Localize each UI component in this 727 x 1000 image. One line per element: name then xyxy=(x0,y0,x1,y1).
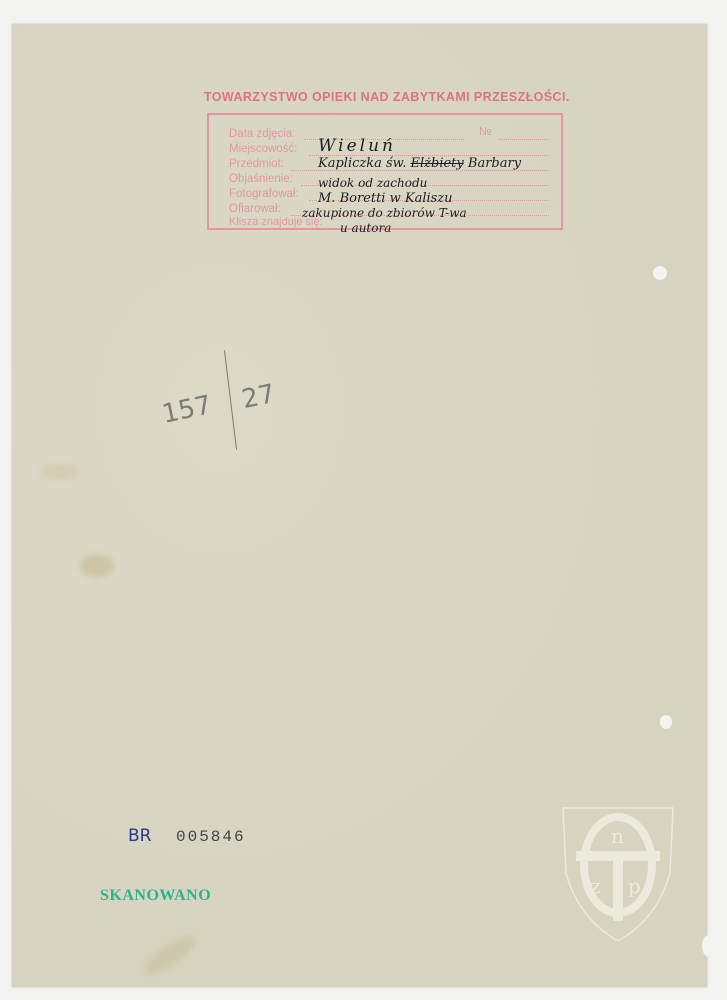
punch-hole xyxy=(653,266,667,280)
inventory-number: 005846 xyxy=(176,828,246,846)
handwritten-negative: u autora xyxy=(340,221,391,235)
inventory-prefix: BR xyxy=(128,826,151,846)
stamp-label-photographer: Fotografował: xyxy=(229,188,299,200)
handwritten-place: Wieluń xyxy=(318,136,396,156)
stamp-label-explanation: Objaśnienie: xyxy=(229,173,293,185)
stamp-number-label: № xyxy=(479,126,491,138)
handwritten-photographer: M. Boretti w Kaliszu xyxy=(318,191,453,206)
svg-text:n: n xyxy=(611,824,624,848)
handwritten-donated: zakupione do zbiorów T-wa xyxy=(302,206,467,220)
scan-stamp: SKANOWANO xyxy=(100,887,211,905)
handwritten-subject-prefix: Kapliczka św. Barbary Kapliczka św. Elżb… xyxy=(318,156,521,171)
stamp-label-subject: Przedmiot: xyxy=(229,158,284,170)
stain xyxy=(80,555,114,577)
svg-text:z: z xyxy=(590,874,601,898)
svg-text:p: p xyxy=(628,874,641,898)
stamp-label-donated: Ofiarował: xyxy=(229,203,281,215)
stamp-label-place: Miejscowość: xyxy=(229,143,297,155)
edge-notch xyxy=(702,935,716,957)
stain xyxy=(40,465,80,479)
stamp-title: TOWARZYSTWO OPIEKI NAD ZABYTKAMI PRZESZŁ… xyxy=(204,90,570,104)
handwritten-explanation: widok od zachodu xyxy=(318,176,427,190)
struck-word: Elżbiety xyxy=(411,156,464,171)
punch-hole xyxy=(660,715,672,729)
shield-watermark-icon: n z p xyxy=(558,803,678,943)
stamp-label-date: Data zdjęcia: xyxy=(229,128,295,140)
